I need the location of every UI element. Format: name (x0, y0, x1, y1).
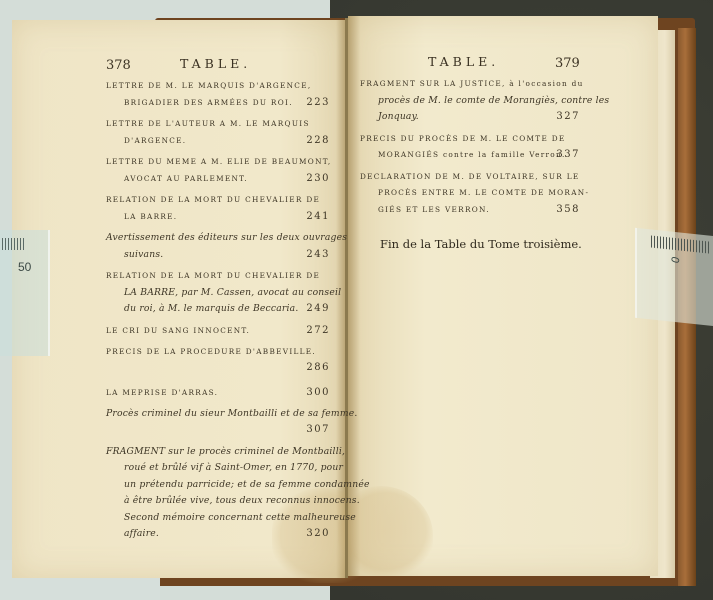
left-ruler: 50 (0, 230, 50, 356)
page-number: 230 (306, 171, 330, 188)
toc-entry: LETTRE DE L'AUTEUR A M. LE MARQUIS D'ARG… (106, 116, 330, 149)
ruler-label: 0 (670, 255, 683, 264)
left-folio: 378 (106, 58, 131, 73)
page-number: 307 (306, 422, 330, 439)
right-page-header: TABLE. (428, 54, 499, 69)
toc-entry: PRECIS DE LA PROCEDURE D'ABBEVILLE. 286 (106, 344, 330, 377)
ruler-ticks (2, 238, 26, 250)
page-number: 358 (556, 202, 580, 219)
closing-line: Fin de la Table du Tome troisième. (380, 237, 582, 251)
left-toc: LETTRE DE M. LE MARQUIS D'ARGENCE, BRIGA… (106, 78, 330, 548)
page-number: 327 (556, 109, 580, 126)
ruler-ticks (651, 235, 711, 253)
toc-entry: Procès criminel du sieur Montbailli et d… (106, 406, 330, 439)
toc-entry: LA MEPRISE D'ARRAS. 300 (106, 385, 330, 402)
page-number: 243 (306, 247, 330, 264)
page-number: 241 (306, 209, 330, 226)
page-number: 249 (306, 301, 330, 318)
toc-entry: DECLARATION DE M. DE VOLTAIRE, SUR LE PR… (360, 169, 580, 219)
page-number: 337 (556, 147, 580, 164)
page-number: 320 (306, 526, 330, 543)
toc-entry: RELATION DE LA MORT DU CHEVALIER DE LA B… (106, 192, 330, 225)
left-page-header: TABLE. (180, 56, 251, 71)
page-number: 300 (306, 385, 330, 402)
toc-entry: LE CRI DU SANG INNOCENT. 272 (106, 323, 330, 340)
toc-entry: RELATION DE LA MORT DU CHEVALIER DE LA B… (106, 268, 330, 318)
right-ruler: 0 (635, 228, 713, 326)
toc-entry: LETTRE DU MEME A M. ELIE DE BEAUMONT, AV… (106, 154, 330, 187)
toc-entry: Avertissement des éditeurs sur les deux … (106, 230, 330, 263)
right-toc: FRAGMENT SUR LA JUSTICE, à l'occasion du… (360, 76, 580, 223)
toc-entry: LETTRE DE M. LE MARQUIS D'ARGENCE, BRIGA… (106, 78, 330, 111)
toc-entry: FRAGMENT sur le procès criminel de Montb… (106, 444, 330, 543)
ruler-label: 50 (18, 260, 31, 274)
toc-entry: PRECIS DU PROCÈS DE M. LE COMTE DE MORAN… (360, 131, 580, 164)
page-number: 223 (306, 95, 330, 112)
page-number: 228 (306, 133, 330, 150)
right-folio: 379 (555, 56, 580, 71)
toc-entry: FRAGMENT SUR LA JUSTICE, à l'occasion du… (360, 76, 580, 126)
page-number: 286 (306, 360, 330, 377)
page-number: 272 (306, 323, 330, 340)
